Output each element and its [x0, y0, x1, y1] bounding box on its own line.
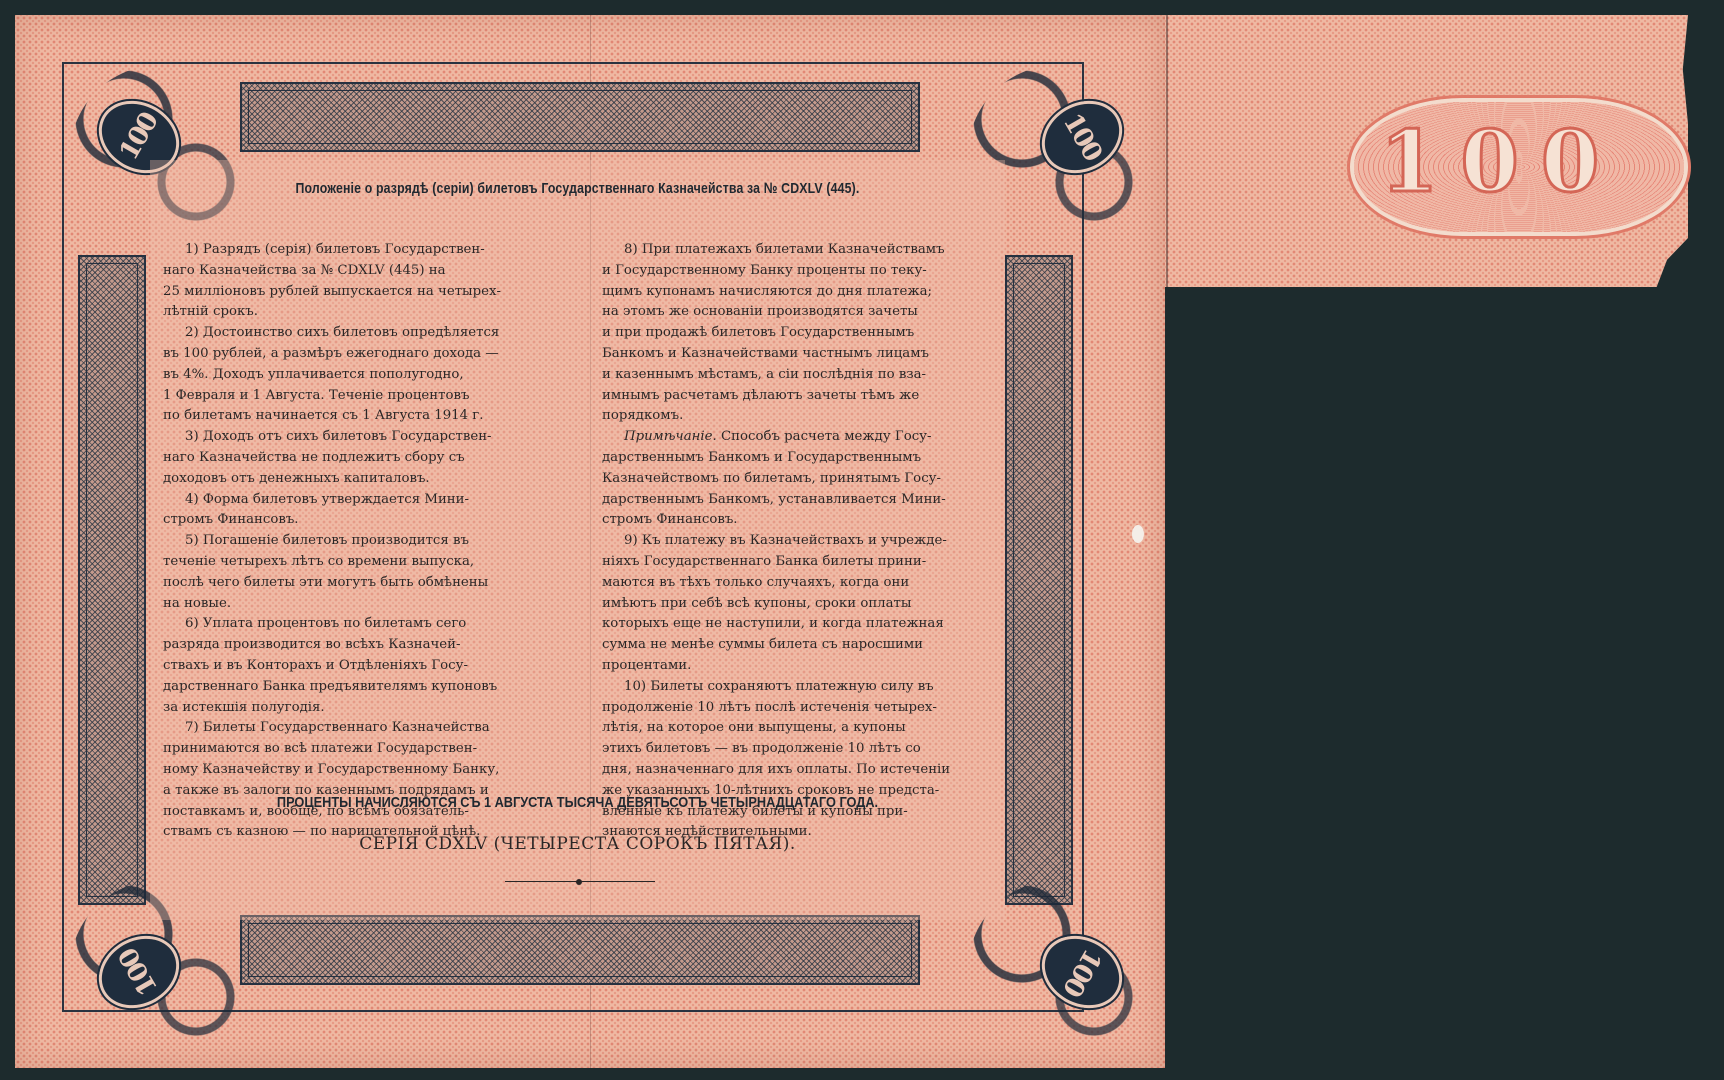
- frame-band-bottom: [240, 915, 920, 985]
- text-line: доходовъ отъ денежныхъ капиталовъ.: [163, 469, 588, 490]
- text-line: стромъ Финансовъ.: [163, 510, 588, 531]
- regulation-paragraph: 10) Билеты сохраняютъ платежную силу въп…: [602, 677, 1000, 843]
- text-line: наго Казначейства не подлежитъ сбору съ: [163, 448, 588, 469]
- regulation-paragraph: 4) Форма билетовъ утверждается Мини-стро…: [163, 490, 588, 532]
- text-line: дарственнымъ Банкомъ, устанавливается Ми…: [602, 490, 1000, 511]
- text-line: продолженiе 10 лѣтъ послѣ истеченiя четы…: [602, 698, 1000, 719]
- text-line: 3) Доходъ отъ сихъ билетовъ Государствен…: [163, 427, 588, 448]
- regulation-paragraph: 6) Уплата процентовъ по билетамъ сегораз…: [163, 614, 588, 718]
- regulation-paragraph: 7) Билеты Государственнаго Казначействап…: [163, 718, 588, 843]
- regulation-paragraph: 5) Погашенiе билетовъ производится вътеч…: [163, 531, 588, 614]
- text-line: въ 100 рублей, а размѣръ ежегоднаго дохо…: [163, 344, 588, 365]
- interest-accrual-statement: ПРОЦЕНТЫ НАЧИСЛЯЮТСЯ СЪ 1 АВГУСТА ТЫСЯЧА…: [214, 794, 941, 811]
- text-line: на новые.: [163, 594, 588, 615]
- regulation-paragraph: 3) Доходъ отъ сихъ билетовъ Государствен…: [163, 427, 588, 489]
- frame-band-left: [78, 255, 146, 905]
- text-line: 4) Форма билетовъ утверждается Мини-: [163, 490, 588, 511]
- text-line: и казеннымъ мѣстамъ, а сiи послѣднiя по …: [602, 365, 1000, 386]
- frame-band-right: [1005, 255, 1073, 905]
- text-line: 1 Февраля и 1 Августа. Теченiе процентов…: [163, 386, 588, 407]
- text-line: дарственнаго Банка предъявителямъ купоно…: [163, 677, 588, 698]
- text-line: ному Казначейству и Государственному Бан…: [163, 760, 588, 781]
- text-line: послѣ чего билеты эти могутъ быть обмѣне…: [163, 573, 588, 594]
- text-line: нiяхъ Государственнаго Банка билеты прин…: [602, 552, 1000, 573]
- text-line: лѣтнiй срокъ.: [163, 302, 588, 323]
- text-line: лѣтiя, на которое они выпущены, а купоны: [602, 718, 1000, 739]
- text-line: этихъ билетовъ — въ продолженiе 10 лѣтъ …: [602, 739, 1000, 760]
- text-line: Казначействомъ по билетамъ, принятымъ Го…: [602, 469, 1000, 490]
- text-line: порядкомъ.: [602, 406, 1000, 427]
- regulation-paragraph: 1) Разрядъ (серiя) билетовъ Государствен…: [163, 240, 588, 323]
- note-label: Примѣчанiе.: [624, 429, 721, 444]
- text-line: разряда производится во всѣхъ Казначей-: [163, 635, 588, 656]
- text-line: на этомъ же основанiи производятся зачет…: [602, 302, 1000, 323]
- divider-ornament: [505, 880, 655, 884]
- text-line: теченiе четырехъ лѣтъ со времени выпуска…: [163, 552, 588, 573]
- text-line: имнымъ расчетамъ дѣлаютъ зачеты тѣмъ же: [602, 386, 1000, 407]
- text-line: 8) При платежахъ билетами Казначействамъ: [602, 240, 1000, 261]
- text-line: 25 миллiоновъ рублей выпускается на четы…: [163, 282, 588, 303]
- text-line: сумма не менѣе суммы билета съ наросшими: [602, 635, 1000, 656]
- text-line: щимъ купонамъ начисляются до дня платежа…: [602, 282, 1000, 303]
- text-line: 2) Достоинство сихъ билетовъ опредѣляетс…: [163, 323, 588, 344]
- text-line: и Государственному Банку проценты по тек…: [602, 261, 1000, 282]
- coupon-denomination: 100: [1380, 112, 1700, 211]
- text-line: 1) Разрядъ (серiя) билетовъ Государствен…: [163, 240, 588, 261]
- regulation-paragraph: 2) Достоинство сихъ билетовъ опредѣляетс…: [163, 323, 588, 427]
- text-line: имѣютъ при себѣ всѣ купоны, сроки оплаты: [602, 594, 1000, 615]
- text-line: въ 4%. Доходъ уплачивается пополугодно,: [163, 365, 588, 386]
- text-line: и при продажѣ билетовъ Государственнымъ: [602, 323, 1000, 344]
- text-line: 7) Билеты Государственнаго Казначейства: [163, 718, 588, 739]
- paper-damage-spot: [1132, 525, 1144, 543]
- text-line: процентами.: [602, 656, 1000, 677]
- text-line: ствахъ и въ Конторахъ и Отдѣленiяхъ Госу…: [163, 656, 588, 677]
- text-line: которыхъ еще не наступили, и когда плате…: [602, 614, 1000, 635]
- text-line: по билетамъ начинается съ 1 Августа 1914…: [163, 406, 588, 427]
- text-line: маются въ тѣхъ только случаяхъ, когда он…: [602, 573, 1000, 594]
- text-line: стромъ Финансовъ.: [602, 510, 1000, 531]
- series-statement: СЕРIЯ CDXLV (ЧЕТЫРЕСТА СОРОКЪ ПЯТАЯ).: [150, 834, 1005, 854]
- coupon-perforation: [1166, 15, 1168, 287]
- regulation-paragraph: 8) При платежахъ билетами Казначействамъ…: [602, 240, 1000, 427]
- text-line: наго Казначейства за № CDXLV (445) на: [163, 261, 588, 282]
- text-line: за истекшiя полугодiя.: [163, 698, 588, 719]
- text-line: 10) Билеты сохраняютъ платежную силу въ: [602, 677, 1000, 698]
- text-line: 5) Погашенiе билетовъ производится въ: [163, 531, 588, 552]
- text-line: Примѣчанiе. Способъ расчета между Госу-: [602, 427, 1000, 448]
- text-line: 6) Уплата процентовъ по билетамъ сего: [163, 614, 588, 635]
- text-line: Банкомъ и Казначействами частнымъ лицамъ: [602, 344, 1000, 365]
- text-line: дня, назначеннаго для ихъ оплаты. По ист…: [602, 760, 1000, 781]
- text-line: дарственнымъ Банкомъ и Государственнымъ: [602, 448, 1000, 469]
- regulation-paragraph: 9) Къ платежу въ Казначействахъ и учрежд…: [602, 531, 1000, 677]
- regulations-column-right: 8) При платежахъ билетами Казначействамъ…: [602, 240, 1000, 843]
- text-line: принимаются во всѣ платежи Государствен-: [163, 739, 588, 760]
- regulations-column-left: 1) Разрядъ (серiя) билетовъ Государствен…: [163, 240, 588, 843]
- text-line: 9) Къ платежу въ Казначействахъ и учрежд…: [602, 531, 1000, 552]
- regulation-title: Положенiе о разрядѣ (серiи) билетовъ Гос…: [227, 180, 928, 197]
- frame-band-top: [240, 82, 920, 152]
- regulation-paragraph: Примѣчанiе. Способъ расчета между Госу-д…: [602, 427, 1000, 531]
